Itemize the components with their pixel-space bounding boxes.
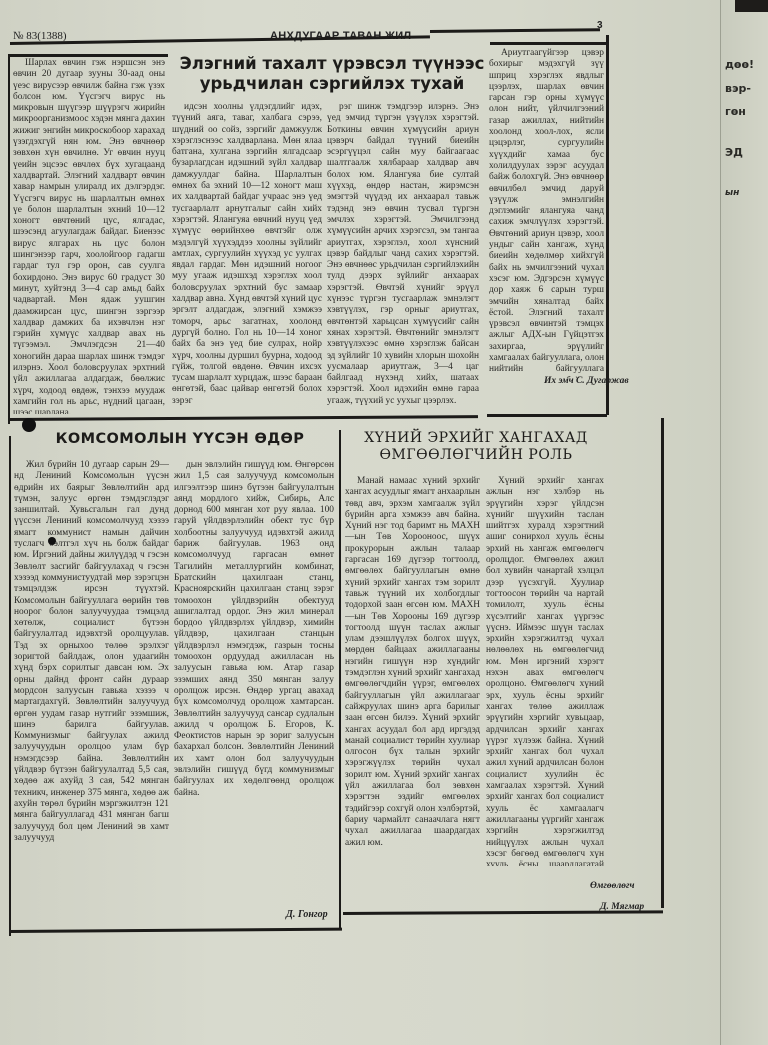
adjacent-text-fragment: вэр-: [725, 82, 751, 95]
adjacent-text-fragment: дөө!: [725, 58, 754, 71]
article-hepatitis-col-4: Ариутгаагүйгээр цэвэр бохирыг мэдэхгүй з…: [489, 48, 604, 378]
section-divider-right: [487, 414, 607, 417]
signature-gongor: Д. Гонгор: [286, 909, 328, 920]
article-human-rights-col-2: Хүний эрхийг хангах ажлын нэг хэлбэр нь …: [486, 476, 604, 866]
adjacent-text-fragment: гөн: [725, 105, 746, 118]
signature-dugarjav: Их эмч С. Дугаржав: [544, 376, 629, 386]
bottom-rule-right: [343, 910, 663, 915]
top-right-box-rule: [490, 42, 608, 45]
adjacent-text-fragment: ын: [725, 188, 739, 198]
headline-line-2: ӨМГӨӨЛӨГЧИЙН РОЛЬ: [345, 447, 607, 464]
newspaper-page: № 83(1388) АНХДУГААР ТАВАН ЖИЛ 3 Элэгний…: [0, 0, 726, 1045]
ink-spot: [22, 418, 36, 432]
article-komsomol-col-2: дын эвлэлийн гишүүд юм. Өнгөрсөн жил 1,5…: [174, 460, 334, 906]
article-headline-hepatitis: Элэгний тахалт үрэвсэл түүнээс урьдчилан…: [172, 54, 492, 94]
adjacent-page: дөө! вэр- гөн ЭД ын: [720, 0, 768, 1045]
article-headline-komsomol: КОМСОМОЛЫН ҮҮСЭН ӨДӨР: [30, 431, 330, 447]
headline-line-1: ХҮНИЙ ЭРХИЙГ ХАНГАХАД: [345, 430, 607, 447]
top-right-box-side: [606, 35, 609, 415]
signature-title-advocate: Өмгөөлөгч: [590, 881, 635, 891]
masthead-rule-right: [430, 28, 600, 33]
bottom-left-box-side: [9, 436, 11, 936]
headline-line-1: Элэгний тахалт үрэвсэл түүнээс: [172, 54, 492, 74]
column-divider-bottom: [339, 430, 341, 930]
issue-number: № 83(1388): [13, 30, 67, 42]
article-hepatitis-col-1: Шарлах өвчин гэж нэршсэн энэ өвчин 20 ду…: [13, 58, 165, 414]
article-hepatitis-col-3: рэг шинж тэмдгээр илэрнэ. Энэ үед эмчид …: [327, 102, 479, 414]
article-human-rights-col-1: Манай намаас хүний эрхийг хангах асуудлы…: [345, 476, 480, 916]
ink-spot-small: [48, 537, 56, 545]
article-headline-human-rights: ХҮНИЙ ЭРХИЙГ ХАНГАХАД ӨМГӨӨЛӨГЧИЙН РОЛЬ: [345, 430, 607, 464]
headline-line-2: урьдчилан сэргийлэх тухай: [172, 74, 492, 94]
background-shadow: [735, 0, 768, 12]
article-hepatitis-col-2: идсэн хоолны үлдэгдлийг идэх, түүний аяг…: [172, 102, 322, 414]
article-komsomol-col-1: Жил бүрийн 10 дугаар сарын 29—нд Лениний…: [14, 460, 169, 930]
bottom-right-box-side: [661, 418, 664, 908]
section-divider-left: [10, 415, 478, 421]
top-left-box-rule: [10, 54, 168, 57]
top-left-box-side: [8, 54, 10, 424]
adjacent-text-fragment: ЭД: [725, 146, 743, 159]
